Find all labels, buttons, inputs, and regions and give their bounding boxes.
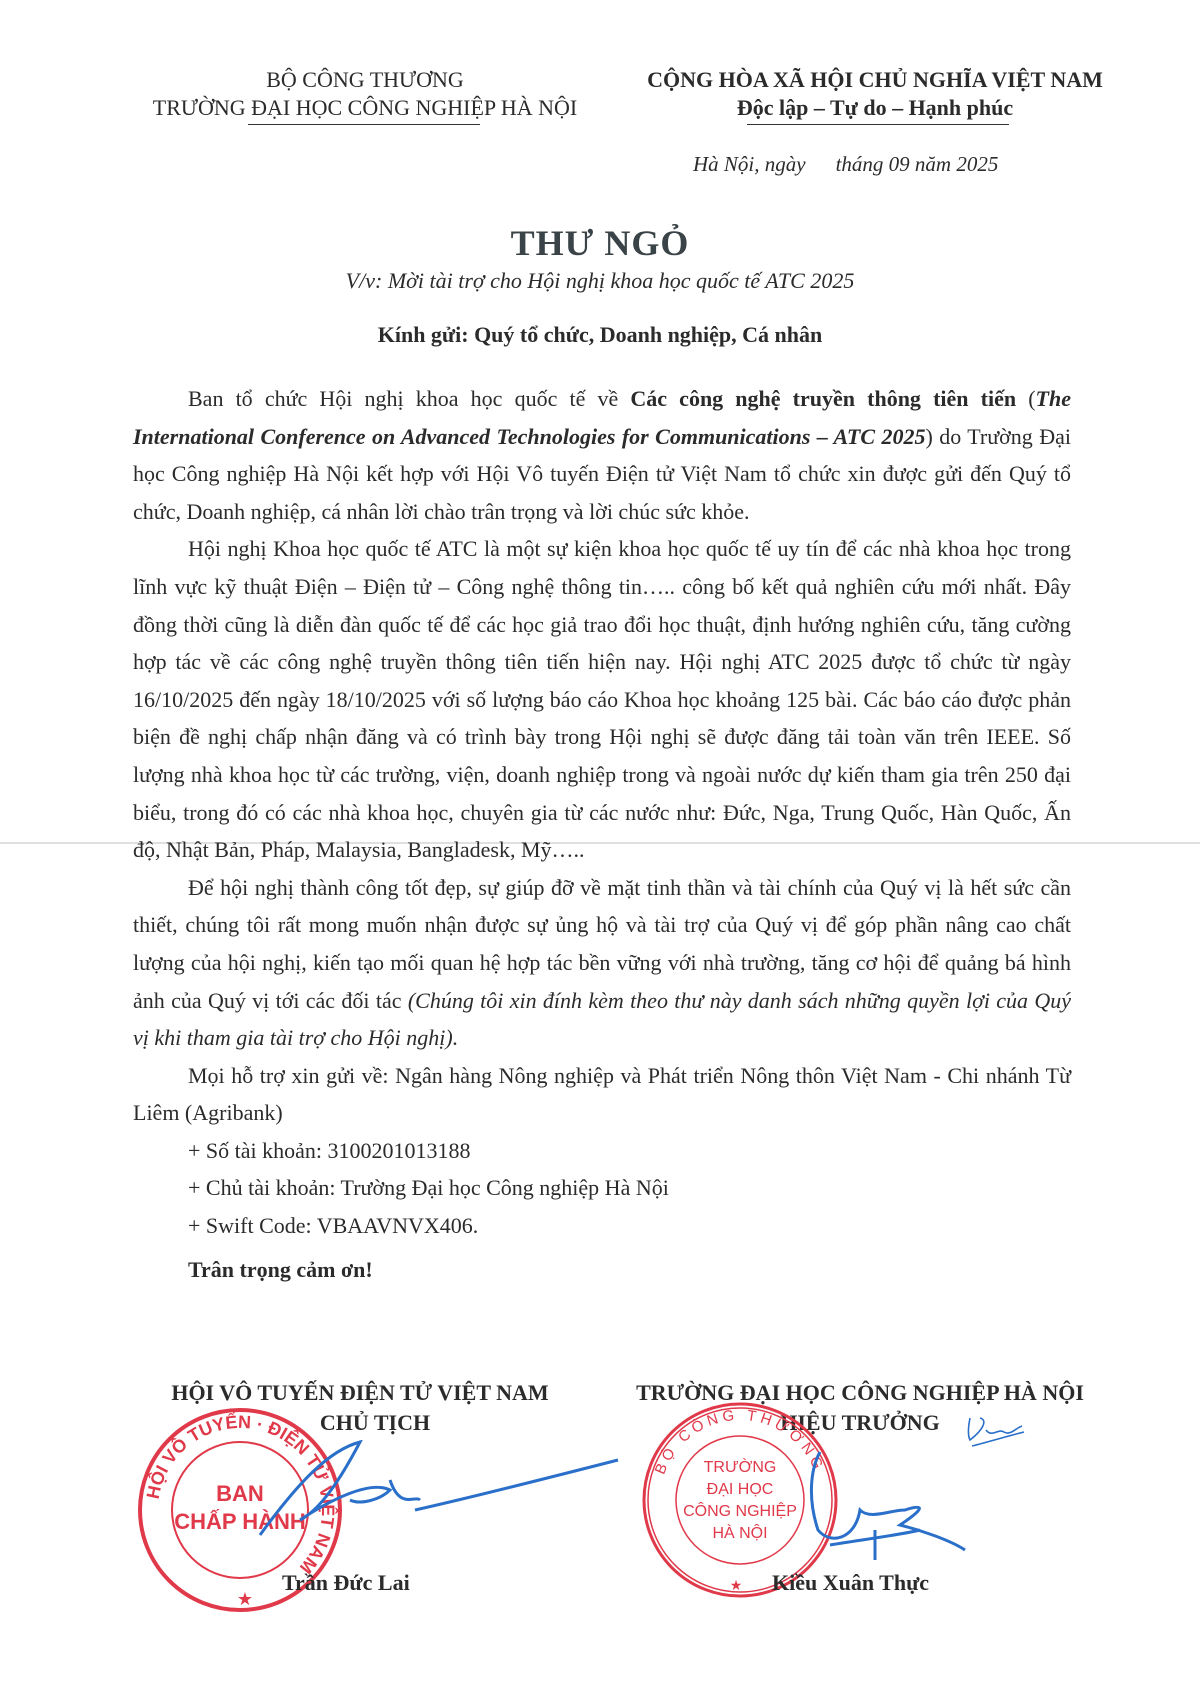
account-holder: + Chủ tài khoản: Trường Đại học Công ngh… [133, 1169, 1071, 1207]
date-place: Hà Nội, ngày [693, 152, 806, 176]
national-heading: CỘNG HÒA XÃ HỘI CHỦ NGHĨA VIỆT NAM Độc l… [600, 66, 1150, 122]
swift-code: + Swift Code: VBAAVNVX406. [133, 1207, 1071, 1245]
signer-org: HỘI VÔ TUYẾN ĐIỆN TỬ VIỆT NAM [130, 1378, 590, 1408]
document-subject: V/v: Mời tài trợ cho Hội nghị khoa học q… [0, 268, 1200, 294]
motto: Độc lập – Tự do – Hạnh phúc [600, 94, 1150, 122]
document-title: THƯ NGỎ [0, 222, 1200, 264]
greeting: Kính gửi: Quý tổ chức, Doanh nghiệp, Cá … [0, 322, 1200, 348]
closing: Trân trọng cảm ơn! [133, 1251, 1071, 1289]
signer-name-right: Kiều Xuân Thực [772, 1570, 929, 1596]
paragraph-bank: Mọi hỗ trợ xin gửi về: Ngân hàng Nông ng… [133, 1057, 1071, 1132]
signature-right-scribble-icon [800, 1450, 980, 1560]
underline [248, 124, 480, 125]
svg-text:HÀ NỘI: HÀ NỘI [712, 1523, 767, 1542]
issuer-block: BỘ CÔNG THƯƠNG TRƯỜNG ĐẠI HỌC CÔNG NGHIỆ… [130, 66, 600, 122]
svg-text:CÔNG NGHIỆP: CÔNG NGHIỆP [683, 1501, 797, 1520]
letter-body: Ban tổ chức Hội nghị khoa học quốc tế về… [133, 380, 1071, 1288]
university-name: TRƯỜNG ĐẠI HỌC CÔNG NGHIỆP HÀ NỘI [130, 94, 600, 122]
ministry-name: BỘ CÔNG THƯƠNG [130, 66, 600, 94]
initials-icon [958, 1410, 1028, 1450]
nation-name: CỘNG HÒA XÃ HỘI CHỦ NGHĨA VIỆT NAM [600, 66, 1150, 94]
signer-name-left: Trần Đức Lai [282, 1570, 410, 1596]
conference-name-vi: Các công nghệ truyền thông tiên tiến [630, 386, 1016, 411]
date-line: Hà Nội, ngàytháng 09 năm 2025 [693, 152, 998, 177]
paragraph-about: Hội nghị Khoa học quốc tế ATC là một sự … [133, 530, 1071, 868]
paragraph-request: Để hội nghị thành công tốt đẹp, sự giúp … [133, 869, 1071, 1057]
svg-text:ĐẠI HỌC: ĐẠI HỌC [707, 1481, 774, 1498]
text: ( [1016, 386, 1035, 411]
account-number: + Số tài khoản: 3100201013188 [133, 1132, 1071, 1170]
svg-text:★: ★ [730, 1579, 743, 1594]
svg-text:TRƯỜNG: TRƯỜNG [704, 1457, 777, 1476]
paragraph-intro: Ban tổ chức Hội nghị khoa học quốc tế về… [133, 380, 1071, 530]
date-month-year: tháng 09 năm 2025 [836, 152, 999, 176]
underline [747, 124, 1009, 125]
svg-text:★: ★ [237, 1589, 253, 1609]
text: Ban tổ chức Hội nghị khoa học quốc tế về [188, 386, 630, 411]
signature-left-scribble-icon [240, 1440, 620, 1540]
